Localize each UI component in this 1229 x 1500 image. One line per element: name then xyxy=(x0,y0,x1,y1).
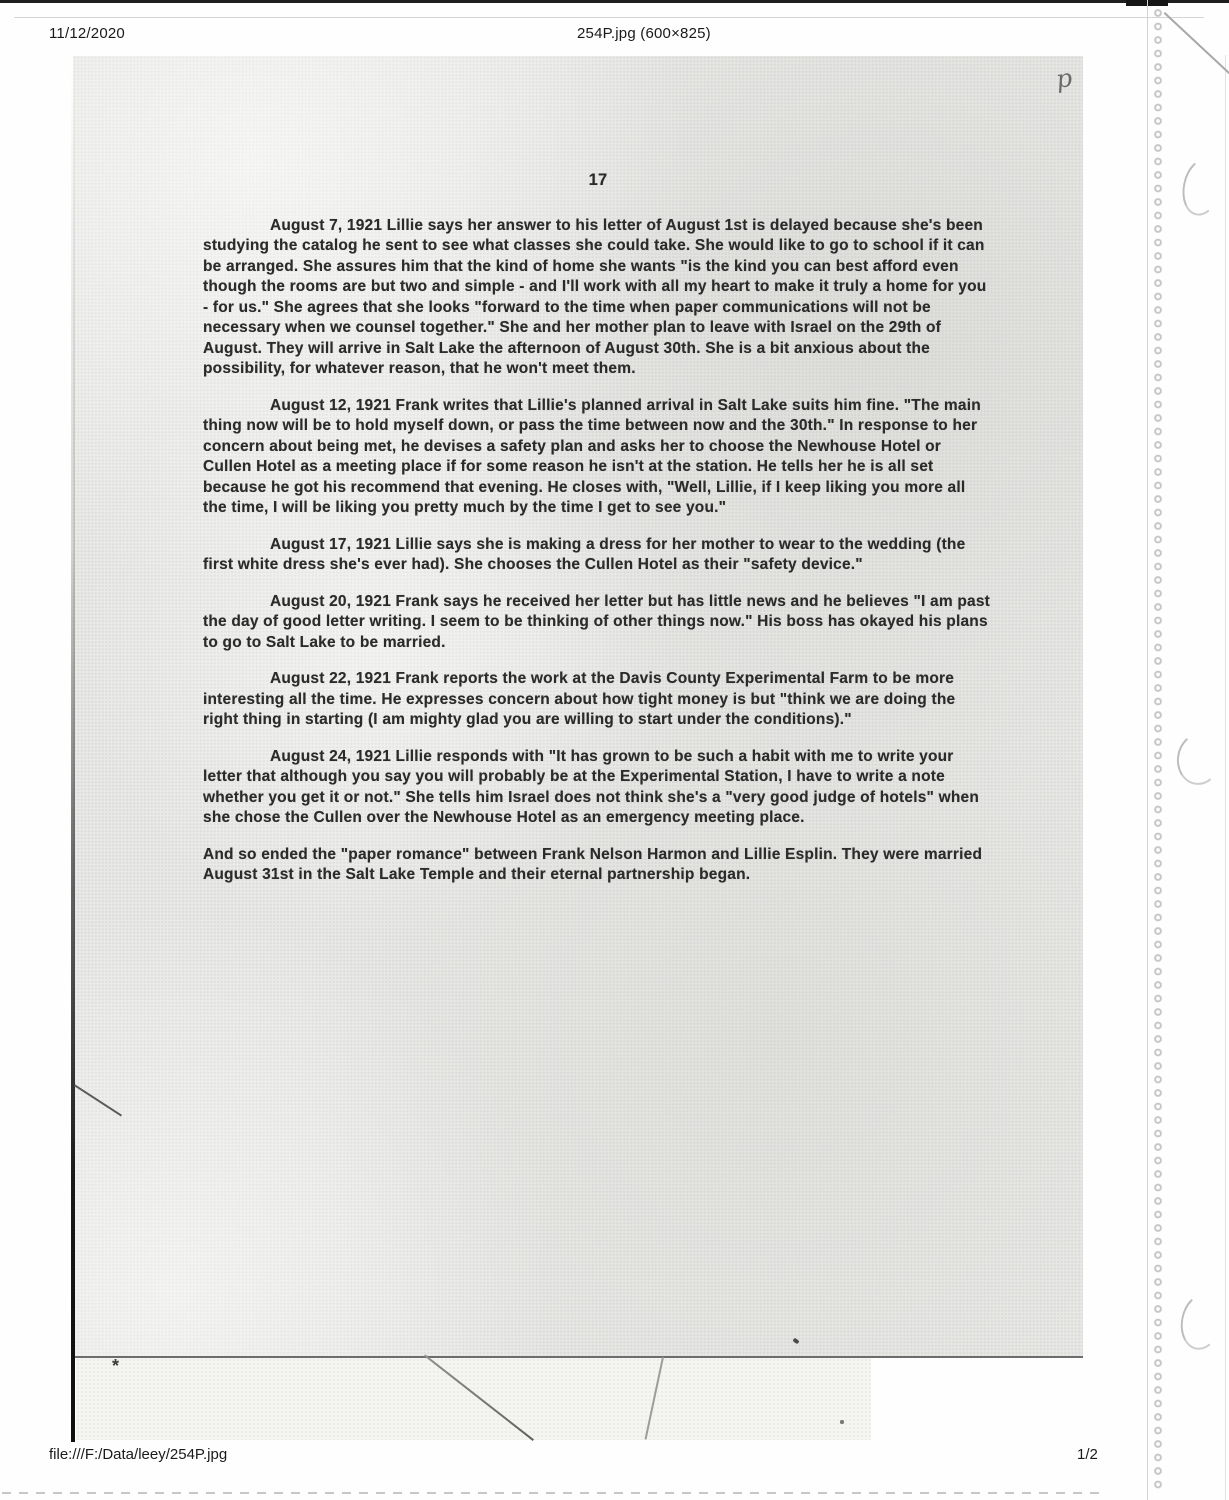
sleeve-edge-line xyxy=(1147,0,1148,1500)
document-paragraph: August 17, 1921 Lillie says she is makin… xyxy=(203,535,993,576)
scan-left-edge-shadow xyxy=(71,60,75,1442)
asterisk-mark: * xyxy=(112,1356,119,1377)
document-text-block: 17 August 7, 1921 Lillie says her answer… xyxy=(203,170,993,902)
top-cut-line xyxy=(0,0,1229,3)
print-preview-page: 11/12/2020 254P.jpg (600×825) 17 August … xyxy=(0,0,1229,1500)
top-faint-line xyxy=(14,17,1204,18)
source-file-url: file:///F:/Data/leey/254P.jpg xyxy=(49,1446,227,1463)
image-filename-title: 254P.jpg (600×825) xyxy=(577,25,711,42)
print-date: 11/12/2020 xyxy=(49,25,125,42)
binder-holes xyxy=(1150,6,1168,1494)
document-page-number: 17 xyxy=(203,170,993,191)
document-paragraph: August 7, 1921 Lillie says her answer to… xyxy=(203,216,993,380)
document-paragraph: August 20, 1921 Frank says he received h… xyxy=(203,592,993,654)
document-paragraph: August 24, 1921 Lillie responds with "It… xyxy=(203,747,993,829)
document-paragraph: And so ended the "paper romance" between… xyxy=(203,845,993,886)
document-paragraph: August 22, 1921 Frank reports the work a… xyxy=(203,669,993,731)
sleeve-corner-fold xyxy=(1164,12,1229,74)
bottom-cut-line xyxy=(2,1492,1102,1494)
document-paragraph: August 12, 1921 Frank writes that Lillie… xyxy=(203,396,993,519)
scan-speck xyxy=(840,1420,844,1424)
sleeve-thumb-notch xyxy=(1174,730,1225,788)
sleeve-outer-edge-line xyxy=(1225,55,1226,1500)
scan-bottom-margin xyxy=(76,1358,871,1440)
page-count-indicator: 1/2 xyxy=(1077,1446,1098,1463)
sleeve-thumb-notch xyxy=(1177,155,1226,220)
sleeve-thumb-notch xyxy=(1176,1291,1225,1353)
